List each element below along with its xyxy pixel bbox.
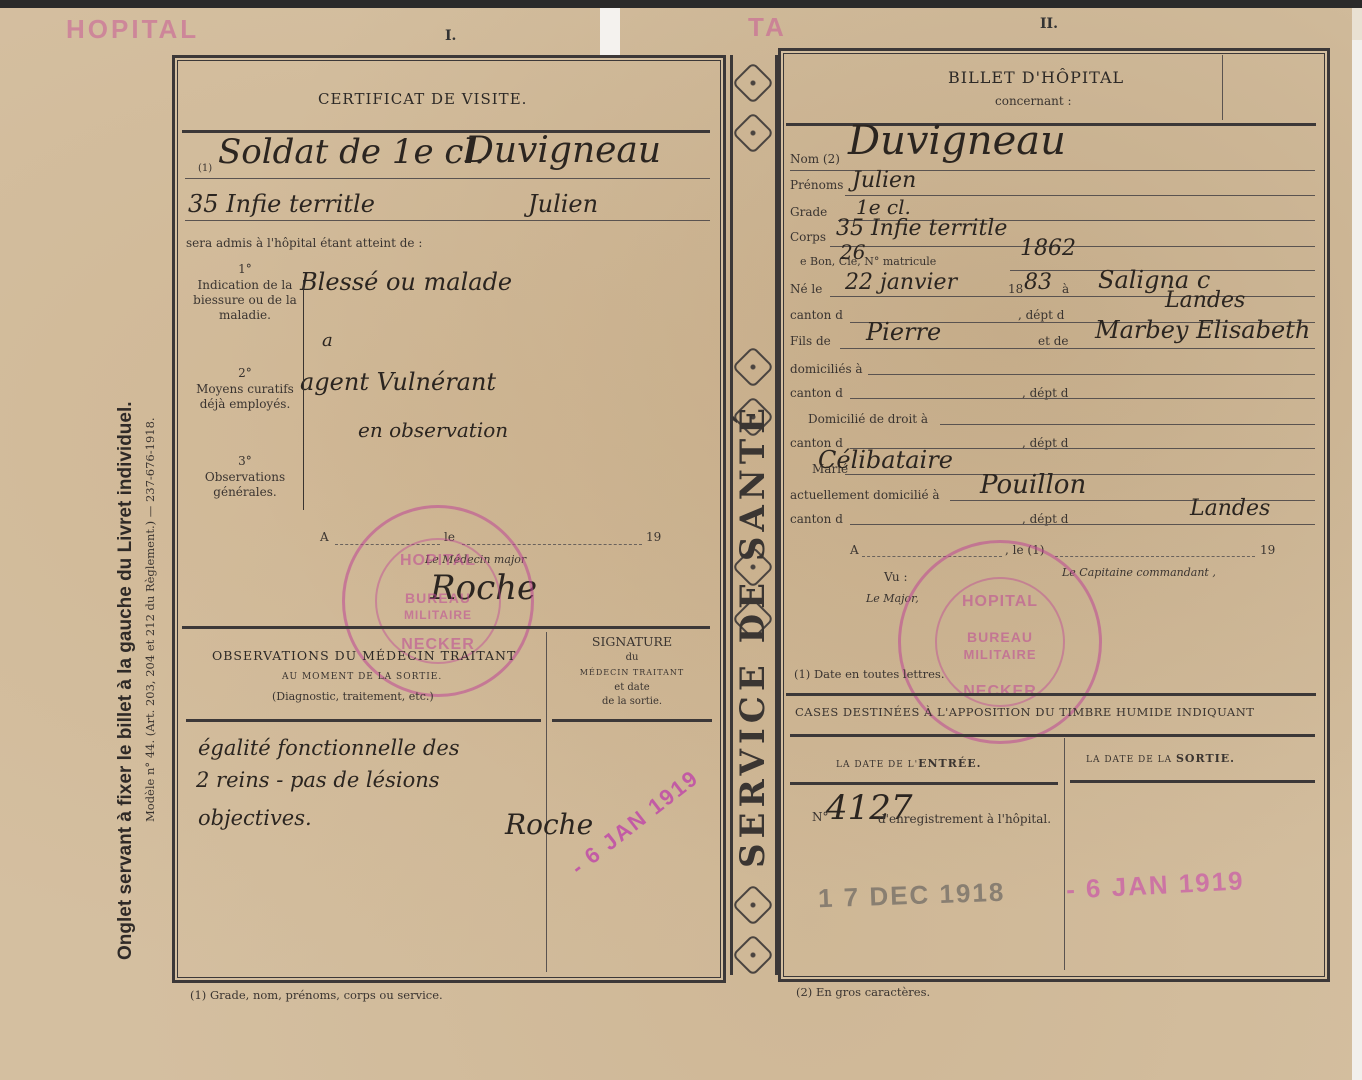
vu-label: Vu : xyxy=(884,570,907,584)
form-line xyxy=(868,374,1315,375)
handwritten-observation-2: 2 reins - pas de lésions xyxy=(196,768,440,792)
admitted-label: sera admis à l'hôpital étant atteint de … xyxy=(186,236,422,250)
divider xyxy=(552,719,712,722)
divider xyxy=(1070,780,1315,783)
billet-subtitle: concernant : xyxy=(995,94,1072,108)
registration-label: d'enregistrement à l'hôpital. xyxy=(878,810,1058,828)
field-birth-year-prefix: 18 xyxy=(1008,282,1023,296)
exit-date-label: LA DATE DE LA SORTIE. xyxy=(1086,752,1235,765)
column-divider xyxy=(546,632,547,972)
stamp-section-title: CASES DESTINÉES À L'APPOSITION DU TIMBRE… xyxy=(795,705,1254,719)
handwritten-observation-3: objectives. xyxy=(198,806,312,830)
entry-date-label: LA DATE DE L'ENTRÉE. xyxy=(836,757,981,770)
field-birth-label: Né le xyxy=(790,282,822,296)
signature-exit-label: de la sortie. xyxy=(552,696,712,707)
field-father-value: Pierre xyxy=(866,318,941,346)
observations-note: (Diagnostic, traitement, etc.) xyxy=(272,690,434,703)
signature-title: SIGNATURE xyxy=(552,634,712,649)
field-canton4-label: canton d xyxy=(790,512,843,526)
field-domicile-droit-label: Domicilié de droit à xyxy=(808,412,928,426)
field-dept-label: , dépt d xyxy=(1018,308,1064,322)
field-prenoms-value: Julien xyxy=(852,168,916,193)
handwritten-diagnosis: Blessé ou malade xyxy=(300,268,512,296)
field-nom-value: Duvigneau xyxy=(848,118,1066,164)
section-number-left: I. xyxy=(445,28,456,44)
item-2-number: 2° xyxy=(190,366,300,380)
field-canton2-label: canton d xyxy=(790,386,843,400)
header-divider xyxy=(1222,55,1223,120)
billet-year-prefix: 19 xyxy=(1260,543,1275,557)
signature-du: du xyxy=(552,652,712,663)
footnote-marker: (1) xyxy=(198,163,212,174)
item-1-number: 1° xyxy=(190,262,300,276)
form-line xyxy=(845,195,1315,196)
field-birth-date: 22 janvier xyxy=(845,270,957,295)
form-line xyxy=(940,424,1315,425)
item-3-number: 3° xyxy=(190,454,300,468)
bracket xyxy=(303,280,304,510)
section-number-right: II. xyxy=(1040,16,1058,32)
observations-title: OBSERVATIONS DU MÉDECIN TRAITANT xyxy=(212,648,516,663)
handwritten-firstname: Julien xyxy=(528,190,598,218)
field-matricule-value: 1862 xyxy=(1020,236,1076,261)
field-compagnie-value: 26 xyxy=(840,240,865,264)
field-nom-label: Nom (2) xyxy=(790,152,840,166)
field-domicile-label: domiciliés à xyxy=(790,362,863,376)
observations-subtitle: AU MOMENT DE LA SORTIE. xyxy=(282,672,442,682)
column-divider xyxy=(1064,738,1065,970)
scan-top-edge xyxy=(0,0,1362,8)
divider xyxy=(790,782,1058,785)
item-3-label: Observations générales. xyxy=(190,470,300,500)
field-birth-year: 83 xyxy=(1024,270,1052,295)
handwritten-rank: Soldat de 1e cl. xyxy=(218,132,485,172)
handwritten-treatment-2: en observation xyxy=(358,418,508,442)
billet-place-label: A xyxy=(850,543,859,557)
signature-date-label: et date xyxy=(552,682,712,693)
date-footnote: (1) Date en toutes lettres. xyxy=(794,667,945,681)
billet-footnote: (2) En gros caractères. xyxy=(796,985,930,999)
field-matricule-label: e Bon, Cie, N° matricule xyxy=(800,255,936,268)
field-birth-at: à xyxy=(1062,282,1069,296)
signature-medecin: MÉDECIN TRAITANT xyxy=(552,668,712,677)
place-label: A xyxy=(320,530,329,544)
field-corps-label: Corps xyxy=(790,230,826,244)
divider xyxy=(786,693,1316,696)
handwritten-surname: Duvigneau xyxy=(465,130,661,171)
scan-right-edge xyxy=(1352,40,1362,1080)
item-2-label: Moyens curatifs déjà employés. xyxy=(190,382,300,412)
field-corps-value: 35 Infie territle xyxy=(836,216,1007,241)
header-stamp-right: TA xyxy=(748,12,787,43)
field-mother-value: Marbey Elisabeth xyxy=(1095,316,1310,344)
spine-title: SERVICE DE SANTÉ xyxy=(733,403,773,868)
entry-date-stamp: 1 7 DEC 1918 xyxy=(818,877,1006,915)
field-mother-label: et de xyxy=(1038,334,1069,348)
handwritten-signature-exit: Roche xyxy=(505,808,593,841)
torn-gap xyxy=(600,8,620,58)
field-marital-value: Célibataire xyxy=(818,446,953,474)
divider xyxy=(182,626,710,629)
handwritten-treatment: agent Vulnérant xyxy=(300,368,496,396)
form-line xyxy=(185,220,710,221)
capitaine-label: Le Capitaine commandant , xyxy=(1062,566,1216,579)
item-1-label: Indication de la biessure ou de la malad… xyxy=(190,278,300,323)
divider xyxy=(186,719,541,722)
field-grade-label: Grade xyxy=(790,205,827,219)
handwritten-diagnosis-2: a xyxy=(322,330,333,351)
field-current-domicile-value: Pouillon xyxy=(980,470,1086,500)
field-canton-label: canton d xyxy=(790,308,843,322)
handwritten-observation-1: égalité fonctionnelle des xyxy=(198,736,460,760)
divider xyxy=(790,734,1315,737)
header-stamp-left: HOPITAL xyxy=(66,14,199,45)
hospital-stamp-necker: HOPITAL BUREAU MILITAIRE NECKER xyxy=(342,505,534,697)
form-line xyxy=(840,348,1315,349)
onglet-instruction: Onglet servant à fixer le billet à la ga… xyxy=(115,401,137,960)
form-line xyxy=(850,398,1315,399)
billet-date-line xyxy=(1055,556,1255,557)
field-dept-value: Landes xyxy=(1165,288,1245,313)
handwritten-unit: 35 Infie territle xyxy=(188,190,375,218)
field-prenoms-label: Prénoms xyxy=(790,178,843,192)
billet-title: BILLET D'HÔPITAL xyxy=(948,68,1124,87)
field-current-domicile-label: actuellement domicilié à xyxy=(790,488,940,502)
onglet-model-reference: Modèle n° 44. (Art. 203, 204 et 212 du R… xyxy=(143,417,157,822)
year-prefix: 19 xyxy=(646,530,661,544)
certificat-footnote: (1) Grade, nom, prénoms, corps ou servic… xyxy=(190,988,443,1002)
field-dept4-value: Landes xyxy=(1190,496,1270,521)
form-line xyxy=(185,178,710,179)
form-line xyxy=(850,524,1315,525)
field-parents-label: Fils de xyxy=(790,334,831,348)
certificat-title: CERTIFICAT DE VISITE. xyxy=(318,90,527,108)
